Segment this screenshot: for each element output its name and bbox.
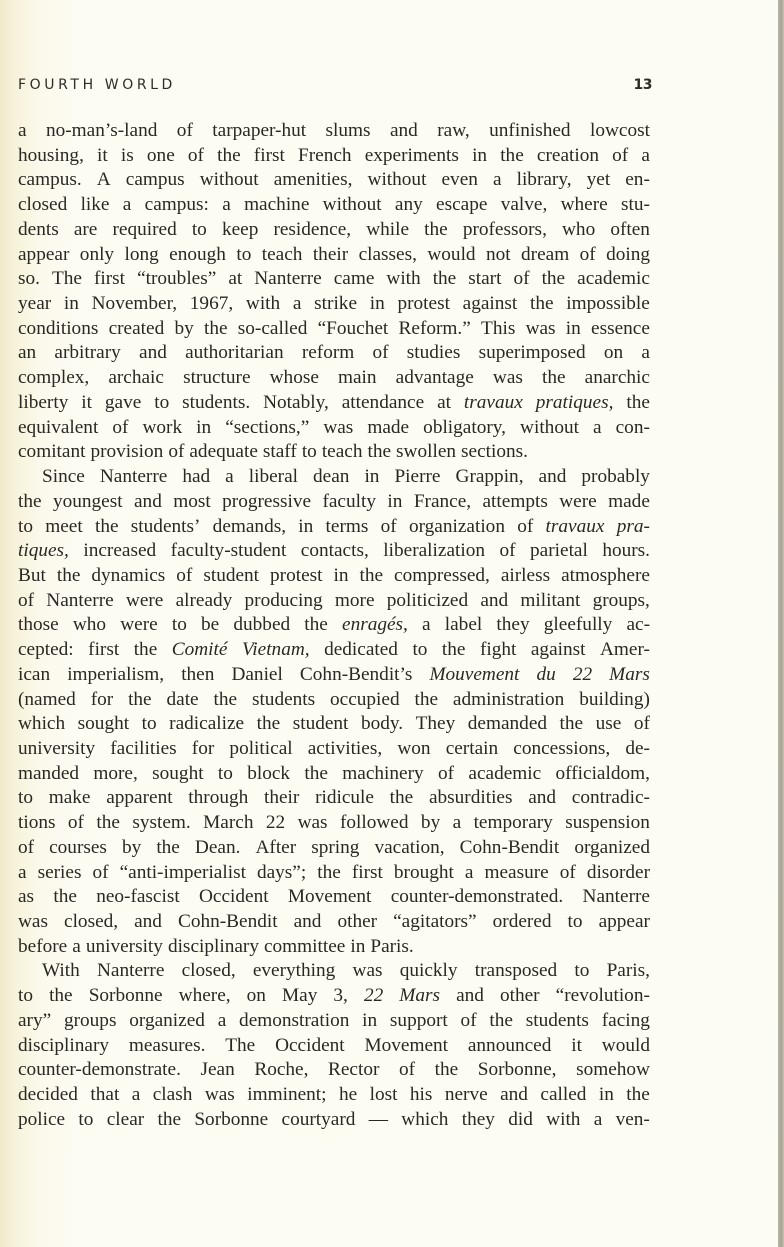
text-line: closedlikeacampus:amachinewithoutanyesca… bbox=[18, 193, 650, 218]
body-text: ano-man’s-landoftarpaper-hutslumsandraw,… bbox=[18, 119, 650, 1132]
text-line: beforeauniversitydisciplinarycommitteein… bbox=[18, 935, 650, 960]
book-page: FOURTH WORLD 13 ano-man’s-landoftarpaper… bbox=[0, 0, 778, 1247]
text-line: universityfacilitiesforpoliticalactiviti… bbox=[18, 737, 650, 762]
text-line: anarbitraryandauthoritarianreformofstudi… bbox=[18, 341, 650, 366]
text-line: policetocleartheSorbonnecourtyard—whicht… bbox=[18, 1108, 650, 1133]
text-line: totheSorbonnewhere,onMay3,22Marsandother… bbox=[18, 984, 650, 1009]
text-line: housing,itisoneofthefirstFrenchexperimen… bbox=[18, 144, 650, 169]
text-line: SinceNanterrehadaliberaldeaninPierreGrap… bbox=[18, 465, 650, 490]
text-line: mandedmore,soughttoblockthemachineryofac… bbox=[18, 762, 650, 787]
text-line: wasclosed,andCohn-Benditandother“agitato… bbox=[18, 910, 650, 935]
text-line: aseriesof“anti-imperialistdays”;thefirst… bbox=[18, 861, 650, 886]
text-line: tionsofthesystem.March22wasfollowedbyate… bbox=[18, 811, 650, 836]
running-head: FOURTH WORLD 13 bbox=[18, 77, 652, 97]
text-line: comitantprovisionofadequatestafftoteacht… bbox=[18, 440, 650, 465]
text-line: ofcoursesbytheDean.Afterspringvacation,C… bbox=[18, 836, 650, 861]
text-line: thosewhoweretobedubbedtheenragés,alabelt… bbox=[18, 613, 650, 638]
text-line: tomakeapparentthroughtheirridiculetheabs… bbox=[18, 786, 650, 811]
text-line: equivalentofworkin“sections,”wasmadeobli… bbox=[18, 416, 650, 441]
text-line: theyoungestandmostprogressivefacultyinFr… bbox=[18, 490, 650, 515]
text-line: campus.Acampuswithoutamenities,withoutev… bbox=[18, 168, 650, 193]
text-line: Butthedynamicsofstudentprotestinthecompr… bbox=[18, 564, 650, 589]
page-number: 13 bbox=[634, 77, 652, 93]
text-line: ano-man’s-landoftarpaper-hutslumsandraw,… bbox=[18, 119, 650, 144]
text-line: conditionscreatedbytheso-called“FouchetR… bbox=[18, 317, 650, 342]
text-line: icanimperialism,thenDanielCohn-Bendit’sM… bbox=[18, 663, 650, 688]
text-line: ary”groupsorganizedademonstrationinsuppo… bbox=[18, 1009, 650, 1034]
text-line: decidedthataclashwasimminent;helosthisne… bbox=[18, 1083, 650, 1108]
text-line: libertyitgavetostudents.Notably,attendan… bbox=[18, 391, 650, 416]
text-line: ofNanterrewerealreadyproducingmorepoliti… bbox=[18, 589, 650, 614]
text-line: tiques,increasedfaculty-studentcontacts,… bbox=[18, 539, 650, 564]
text-line: yearinNovember,1967,withastrikeinprotest… bbox=[18, 292, 650, 317]
text-line: so.Thefirst“troubles”atNanterrecamewitht… bbox=[18, 267, 650, 292]
text-line: dentsarerequiredtokeepresidence,whilethe… bbox=[18, 218, 650, 243]
text-line: counter-demonstrate.JeanRoche,Rectorofth… bbox=[18, 1058, 650, 1083]
text-line: astheneo-fascistOccidentMovementcounter-… bbox=[18, 885, 650, 910]
text-line: appearonlylongenoughtoteachtheirclasses,… bbox=[18, 243, 650, 268]
text-line: (namedforthedatethestudentsoccupiedthead… bbox=[18, 688, 650, 713]
text-line: cepted:firsttheComitéVietnam,dedicatedto… bbox=[18, 638, 650, 663]
text-line: WithNanterreclosed,everythingwasquicklyt… bbox=[18, 959, 650, 984]
page-edge bbox=[778, 0, 784, 1247]
text-line: tomeetthestudents’demands,intermsoforgan… bbox=[18, 515, 650, 540]
chapter-title: FOURTH WORLD bbox=[18, 77, 176, 93]
text-line: complex,archaicstructurewhosemainadvanta… bbox=[18, 366, 650, 391]
text-line: whichsoughttoradicalizethestudentbody.Th… bbox=[18, 712, 650, 737]
text-line: disciplinarymeasures.TheOccidentMovement… bbox=[18, 1034, 650, 1059]
